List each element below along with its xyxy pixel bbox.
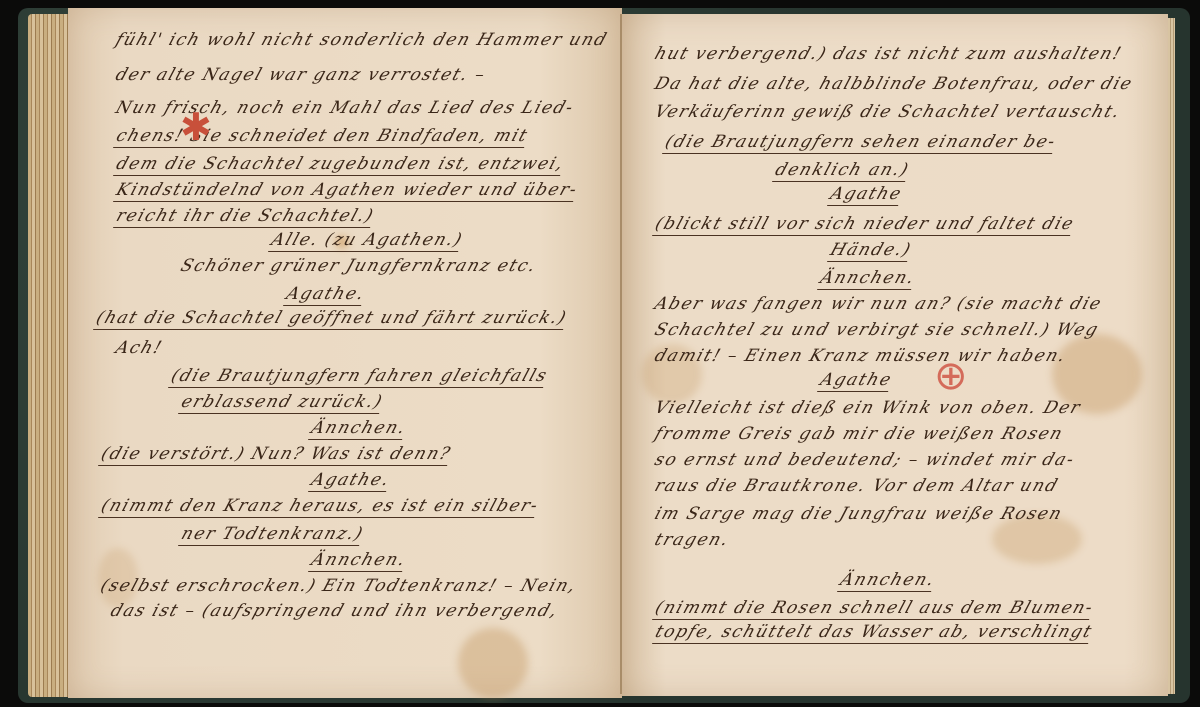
- left-page: fühl' ich wohl nicht sonderlich den Hamm…: [68, 8, 622, 698]
- manuscript-line: (die Brautjungfern fahren gleichfalls: [168, 366, 550, 388]
- manuscript-line: so ernst und bedeutend; – windet mir da-: [652, 450, 1078, 470]
- right-page-text: hut verbergend.) das ist nicht zum ausha…: [622, 14, 1168, 696]
- manuscript-line: chens! Sie schneidet den Bindfaden, mit: [113, 126, 531, 148]
- manuscript-line: dem die Schachtel zugebunden ist, entzwe…: [113, 154, 567, 176]
- manuscript-line: hut verbergend.) das ist nicht zum ausha…: [652, 44, 1125, 64]
- manuscript-line: der alte Nagel war ganz verrostet. –: [113, 65, 489, 85]
- manuscript-line: damit! – Einen Kranz müssen wir haben.: [652, 346, 1069, 366]
- manuscript-line: tragen.: [652, 530, 732, 550]
- manuscript-line: Agathe: [827, 184, 905, 206]
- manuscript-line: denklich an.): [772, 160, 912, 182]
- manuscript-line: Alle. (zu Agathen.): [268, 230, 466, 252]
- manuscript-line: Kindstündelnd von Agathen wieder und übe…: [113, 180, 581, 202]
- left-page-text: fühl' ich wohl nicht sonderlich den Hamm…: [68, 8, 622, 698]
- manuscript-line: Agathe.: [308, 470, 393, 492]
- manuscript-line: Vielleicht ist dieß ein Wink von oben. D…: [652, 398, 1084, 418]
- manuscript-line: reicht ihr die Schachtel.): [113, 206, 377, 228]
- manuscript-line: fühl' ich wohl nicht sonderlich den Hamm…: [113, 30, 610, 50]
- red-crossed-annotation: ⊕: [934, 356, 968, 396]
- manuscript-line: im Sarge mag die Jungfrau weiße Rosen: [652, 504, 1065, 524]
- manuscript-line: ner Todtenkranz.): [178, 524, 366, 546]
- manuscript-line: Hände.): [827, 240, 914, 262]
- manuscript-line: Aber was fangen wir nun an? (sie macht d…: [652, 294, 1105, 314]
- manuscript-line: erblassend zurück.): [178, 392, 386, 414]
- manuscript-line: (selbst erschrocken.) Ein Todtenkranz! –…: [98, 576, 579, 596]
- right-page: hut verbergend.) das ist nicht zum ausha…: [622, 14, 1168, 696]
- manuscript-line: Ännchen.: [817, 268, 918, 290]
- manuscript-line: Agathe.: [283, 284, 368, 306]
- manuscript-line: (nimmt den Kranz heraus, es ist ein silb…: [98, 496, 542, 518]
- manuscript-line: Ännchen.: [837, 570, 938, 592]
- manuscript-line: Ännchen.: [308, 550, 409, 572]
- manuscript-line: raus die Brautkrone. Vor dem Altar und: [652, 476, 1061, 496]
- manuscript-line: Da hat die alte, halbblinde Botenfrau, o…: [652, 74, 1136, 94]
- manuscript-line: Schöner grüner Jungfernkranz etc.: [178, 256, 539, 276]
- manuscript-line: (die verstört.) Nun? Was ist denn?: [98, 444, 454, 466]
- manuscript-line: Ännchen.: [308, 418, 409, 440]
- manuscript-line: topfe, schüttelt das Wasser ab, verschli…: [652, 622, 1095, 644]
- manuscript-line: (die Brautjungfern sehen einander be-: [662, 132, 1059, 154]
- manuscript-line: Ach!: [113, 338, 165, 358]
- manuscript-line: das ist – (aufspringend und ihn verberge…: [108, 601, 561, 621]
- manuscript-line: Schachtel zu und verbirgt sie schnell.) …: [652, 320, 1102, 340]
- manuscript-line: Agathe: [817, 370, 895, 392]
- manuscript-line: fromme Greis gab mir die weißen Rosen: [652, 424, 1066, 444]
- manuscript-line: (blickt still vor sich nieder und faltet…: [652, 214, 1077, 236]
- red-asterisk-annotation: ✱: [180, 108, 212, 146]
- manuscript-line: (nimmt die Rosen schnell aus dem Blumen-: [652, 598, 1097, 620]
- manuscript-line: Verkäuferinn gewiß die Schachtel vertaus…: [652, 102, 1123, 122]
- manuscript-line: (hat die Schachtel geöffnet und fährt zu…: [93, 308, 570, 330]
